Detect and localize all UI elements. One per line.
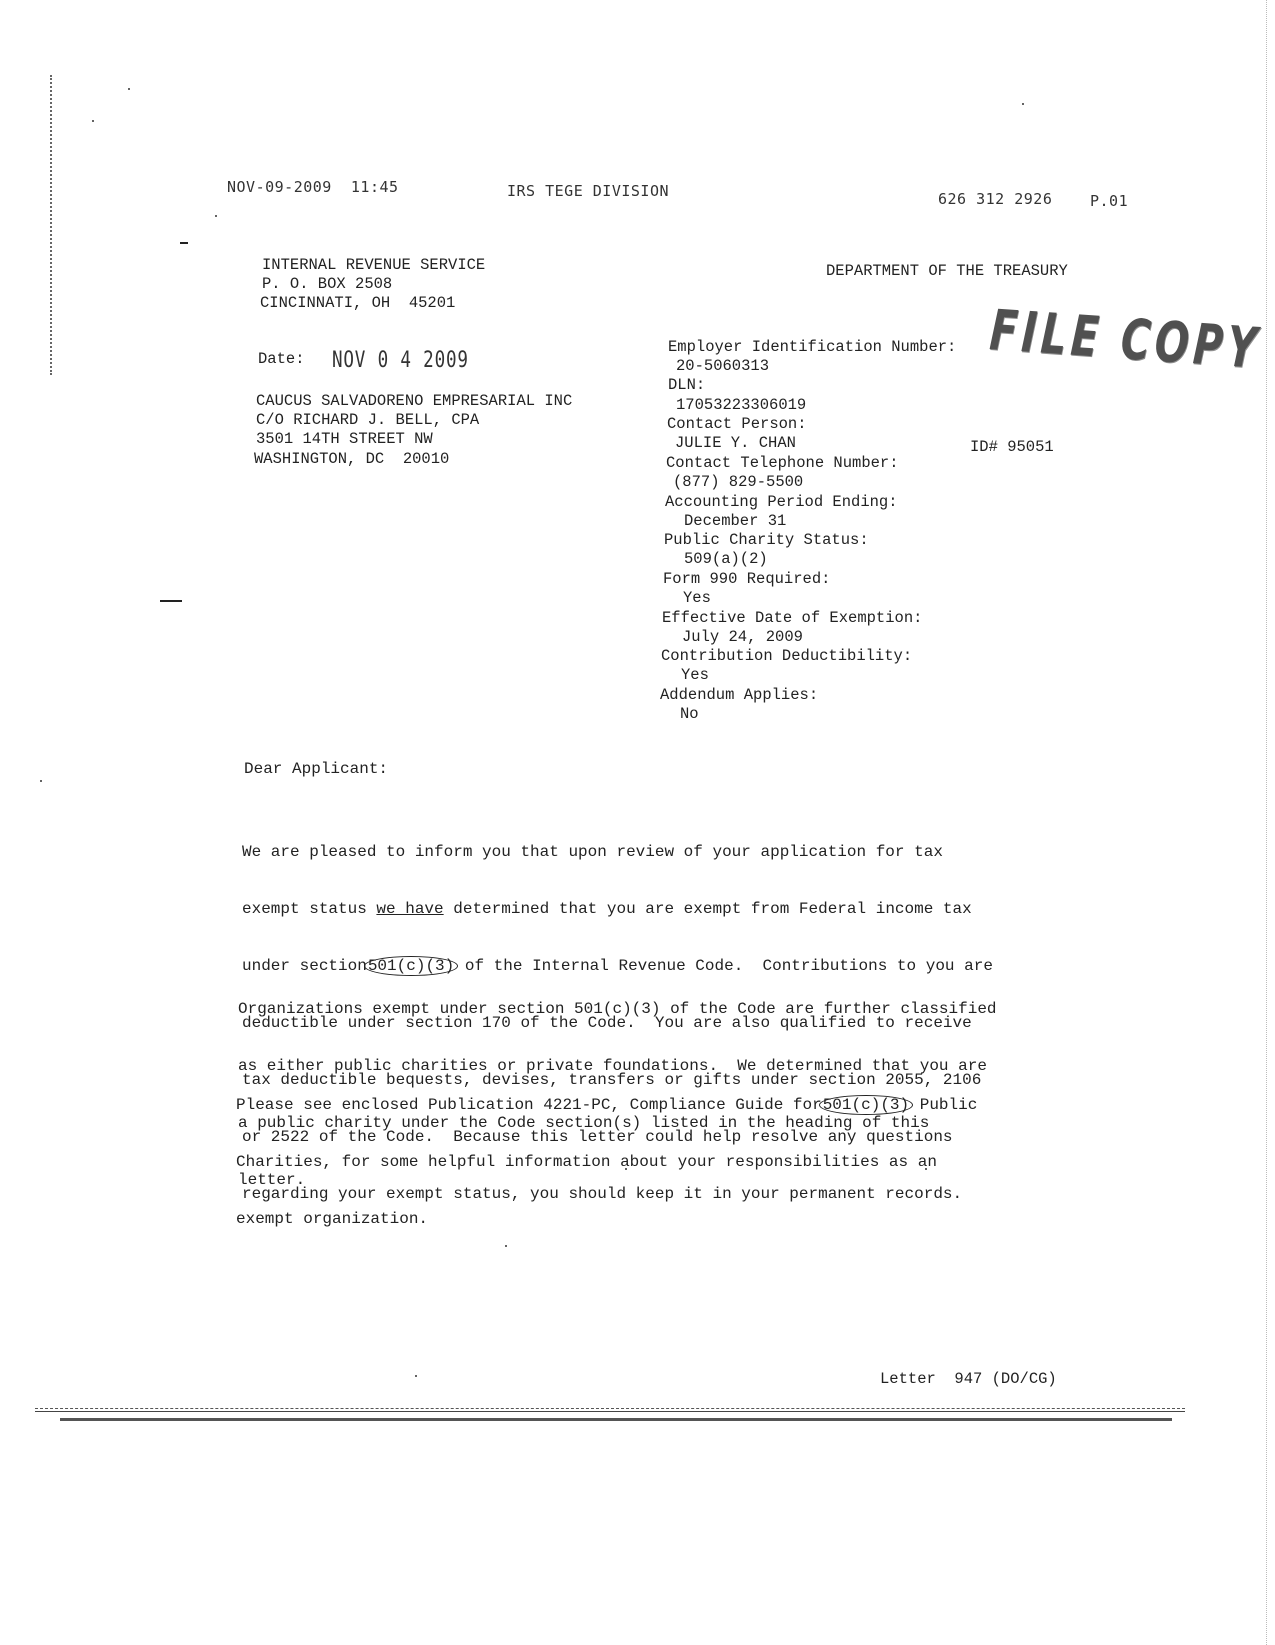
paragraph-line: We are pleased to inform you that upon r… — [242, 843, 993, 862]
fax-edge-line — [60, 1418, 1172, 1421]
margin-mark — [160, 600, 182, 602]
scan-edge-artifact — [1266, 0, 1268, 1645]
sender-line: CINCINNATI, OH 45201 — [260, 294, 455, 314]
date-stamp: NOV 0 4 2009 — [332, 348, 469, 373]
speck — [1022, 103, 1024, 105]
recipient-line: 3501 14TH STREET NW — [256, 430, 433, 450]
file-copy-stamp: FILE COPY — [988, 298, 1263, 382]
fax-edge-line — [35, 1411, 1185, 1412]
text: determined that you are exempt from Fede… — [444, 900, 972, 918]
form990-value: Yes — [683, 589, 711, 609]
dln-value: 17053223306019 — [676, 396, 806, 416]
fax-edge-line — [35, 1408, 1185, 1409]
recipient-line: C/O RICHARD J. BELL, CPA — [256, 411, 479, 431]
fax-page-number: P.01 — [1090, 192, 1128, 210]
form990-label: Form 990 Required: — [663, 570, 830, 590]
dln-label: DLN: — [668, 376, 705, 396]
sender-line: P. O. BOX 2508 — [262, 275, 392, 295]
paragraph-publication: Please see enclosed Publication 4221-PC,… — [236, 1058, 977, 1248]
sender-line: INTERNAL REVENUE SERVICE — [262, 256, 485, 276]
margin-mark — [180, 242, 188, 244]
speck — [215, 215, 217, 217]
text: Public — [910, 1096, 977, 1114]
deductibility-value: Yes — [681, 666, 709, 686]
contact-phone-value: (877) 829-5500 — [673, 473, 803, 493]
text: Please see enclosed Publication 4221-PC,… — [236, 1096, 822, 1114]
accounting-period-value: December 31 — [684, 512, 786, 532]
addendum-label: Addendum Applies: — [660, 686, 818, 706]
paragraph-line: Please see enclosed Publication 4221-PC,… — [236, 1096, 977, 1115]
paragraph-line: Organizations exempt under section 501(c… — [238, 1000, 997, 1019]
speck — [128, 88, 130, 90]
paragraph-line: exempt status we have determined that yo… — [242, 900, 993, 919]
accounting-period-label: Accounting Period Ending: — [665, 493, 898, 513]
contact-person-value: JULIE Y. CHAN — [675, 434, 796, 454]
recipient-line: WASHINGTON, DC 20010 — [254, 450, 449, 470]
fax-phone: 626 312 2926 — [938, 190, 1052, 208]
speck — [40, 780, 42, 782]
circled-section-501c3: 501(c)(3) — [819, 1095, 913, 1115]
department-heading: DEPARTMENT OF THE TREASURY — [826, 262, 1068, 282]
salutation: Dear Applicant: — [244, 760, 388, 779]
contact-id: ID# 95051 — [970, 438, 1054, 458]
addendum-value: No — [680, 705, 699, 725]
fax-datetime: NOV-09-2009 11:45 — [227, 178, 399, 196]
ein-label: Employer Identification Number: — [668, 338, 956, 358]
paragraph-line: exempt organization. — [236, 1210, 977, 1229]
effective-date-value: July 24, 2009 — [682, 628, 803, 648]
charity-status-value: 509(a)(2) — [684, 550, 768, 570]
effective-date-label: Effective Date of Exemption: — [662, 609, 922, 629]
fax-division: IRS TEGE DIVISION — [507, 182, 669, 200]
ein-value: 20-5060313 — [676, 357, 769, 377]
charity-status-label: Public Charity Status: — [664, 531, 869, 551]
letter-id: Letter 947 (DO/CG) — [880, 1370, 1057, 1390]
speck — [92, 120, 94, 122]
text: exempt status — [242, 900, 376, 918]
contact-phone-label: Contact Telephone Number: — [666, 454, 899, 474]
speck — [415, 1375, 417, 1377]
paragraph-line: Charities, for some helpful information … — [236, 1153, 977, 1172]
scan-edge-artifact — [50, 75, 53, 375]
date-label: Date: — [258, 350, 305, 370]
deductibility-label: Contribution Deductibility: — [661, 647, 912, 667]
contact-person-label: Contact Person: — [667, 415, 807, 435]
underlined-text: we have — [376, 900, 443, 918]
recipient-line: CAUCUS SALVADORENO EMPRESARIAL INC — [256, 392, 572, 412]
